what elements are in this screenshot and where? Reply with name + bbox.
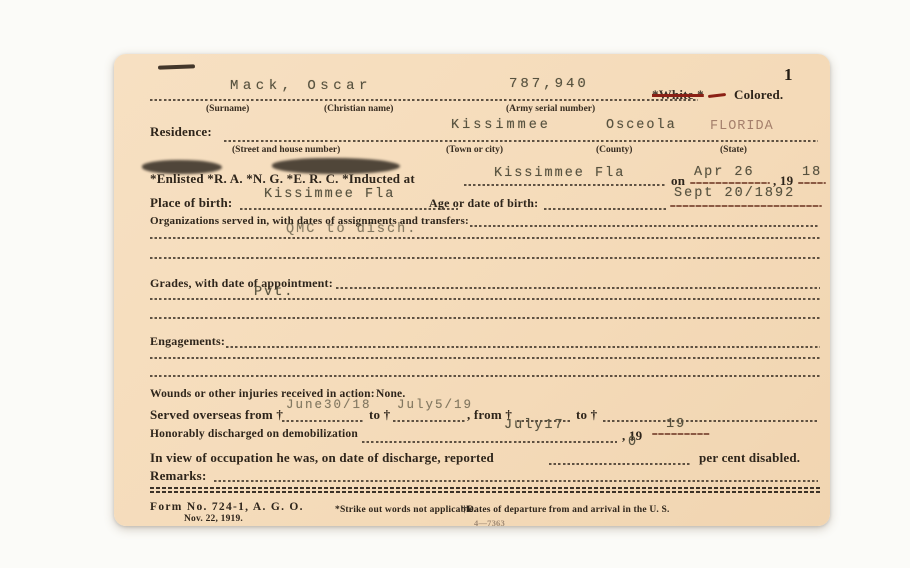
dagger-note: †Dates of departure from and arrival in … <box>462 505 670 515</box>
percent-disabled-value: 0 <box>628 435 638 450</box>
footer-rule-bottom <box>150 491 820 493</box>
discharged-rule <box>362 441 617 443</box>
overseas-to1-label: to † <box>369 407 390 423</box>
street-column-label: (Street and house number) <box>232 145 340 155</box>
overseas-from1-rule <box>282 420 364 422</box>
disabled-label: In view of occupation he was, on date of… <box>150 450 494 466</box>
residence-state-value: FLORIDA <box>710 119 774 134</box>
service-record-card: 1 Mack, Oscar 787,940 *White * Colored. … <box>114 54 830 526</box>
pen-dash-mark <box>158 64 195 69</box>
organizations-rule-2 <box>150 237 820 239</box>
state-column-label: (State) <box>720 145 747 155</box>
grades-rule-1 <box>336 287 820 289</box>
red-strike-tail <box>708 93 726 98</box>
engagements-rule-3 <box>150 375 820 377</box>
place-of-birth-rule <box>240 208 458 210</box>
percent-disabled-suffix: per cent disabled. <box>699 450 800 466</box>
grades-rule-2 <box>150 298 820 300</box>
engagements-label: Engagements: <box>150 334 225 349</box>
place-of-birth-value: Kissimmee Fla <box>264 187 395 202</box>
strike-out-note: *Strike out words not applicable. <box>335 505 476 515</box>
disabled-rule <box>549 463 691 465</box>
organizations-rule-3 <box>150 257 820 259</box>
scan-background: 1 Mack, Oscar 787,940 *White * Colored. … <box>0 0 910 568</box>
race-colored-label: Colored. <box>734 87 783 103</box>
ink-smudge-options <box>272 158 400 174</box>
county-column-label: (County) <box>596 145 632 155</box>
residence-town-value: Kissimmee <box>451 118 551 133</box>
overseas-to1-value: July5/19 <box>397 398 473 412</box>
footer-rule-top <box>150 487 820 489</box>
form-number: Form No. 724-1, A. G. O. <box>150 501 304 513</box>
residence-county-value: Osceola <box>606 118 677 133</box>
grades-rule-3 <box>150 317 820 319</box>
inducted-place-value: Kissimmee Fla <box>494 166 625 181</box>
surname-column-label: (Surname) <box>206 104 249 114</box>
place-of-birth-label: Place of birth: <box>150 195 232 211</box>
town-column-label: (Town or city) <box>446 145 503 155</box>
page-number: 1 <box>784 65 793 85</box>
discharge-year-value: 19 <box>666 417 686 432</box>
age-of-birth-label: Age or date of birth: <box>429 196 538 211</box>
overseas-from1-value: June30/18 <box>286 398 372 412</box>
name-value: Mack, Oscar <box>230 78 372 94</box>
print-code: 4—7363 <box>474 518 505 528</box>
induction-year-value: 18 <box>802 165 822 180</box>
organizations-rule-1 <box>470 225 818 227</box>
name-rule <box>150 99 698 101</box>
inducted-place-rule <box>464 184 666 186</box>
overseas-to2-rule <box>603 420 819 422</box>
serial-number-value: 787,940 <box>509 76 589 92</box>
remarks-rule <box>214 480 818 482</box>
induction-date-value: Apr 26 <box>694 165 755 180</box>
ink-smudge-enlisted <box>142 160 222 174</box>
overseas-to1-rule <box>393 420 465 422</box>
form-date: Nov. 22, 1919. <box>184 514 243 524</box>
discharge-date-value: July17 <box>504 418 565 433</box>
discharge-year-rule <box>652 433 710 435</box>
engagements-rule-2 <box>150 357 820 359</box>
induction-year-rule <box>798 182 826 184</box>
age-rule-solid <box>670 205 822 207</box>
grades-label: Grades, with date of appointment: <box>150 276 333 291</box>
age-of-birth-value: Sept 20/1892 <box>674 186 795 201</box>
overseas-to2-label: to † <box>576 407 597 423</box>
organizations-value: QMC to disch. <box>286 222 417 237</box>
served-overseas-label: Served overseas from † <box>150 407 283 423</box>
residence-label: Residence: <box>150 124 212 140</box>
christian-name-column-label: (Christian name) <box>324 104 393 114</box>
residence-rule <box>224 140 818 142</box>
induction-date-rule <box>690 182 770 184</box>
serial-column-label: (Army serial number) <box>506 104 595 114</box>
discharged-label: Honorably discharged on demobilization <box>150 428 358 440</box>
age-rule-dots <box>544 208 668 210</box>
engagements-rule-1 <box>226 346 820 348</box>
remarks-label: Remarks: <box>150 468 206 484</box>
